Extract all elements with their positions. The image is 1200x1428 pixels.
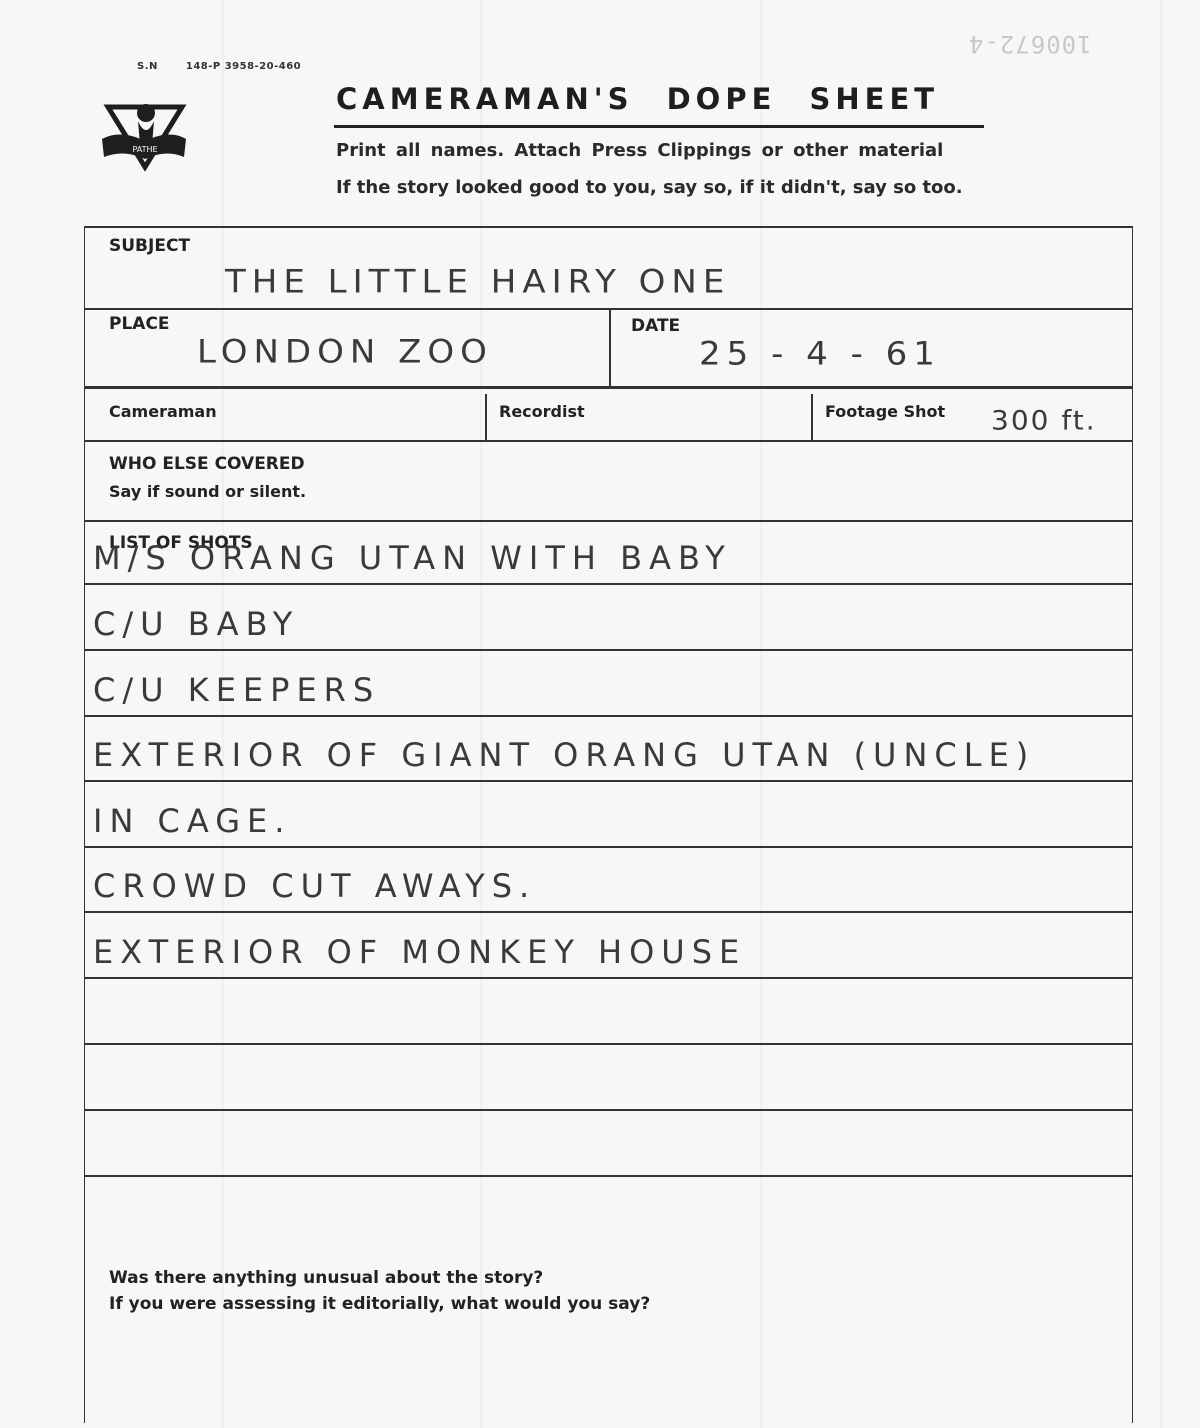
archive-stamp: 100672-4	[968, 30, 1092, 58]
ruled-line	[85, 715, 1132, 717]
who-else-covered-sublabel: Say if sound or silent.	[109, 482, 306, 501]
divider	[609, 310, 611, 386]
serial-label: S.N	[137, 61, 158, 72]
place-field[interactable]: LONDON ZOO	[197, 333, 493, 371]
date-field[interactable]: 25 - 4 - 61	[699, 335, 941, 373]
editorial-question: If you were assessing it editorially, wh…	[109, 1294, 650, 1314]
ruled-line	[85, 649, 1132, 651]
shot-line-text[interactable]: EXTERIOR OF GIANT ORANG UTAN (UNCLE)	[93, 736, 1035, 774]
ruled-line	[85, 1109, 1132, 1111]
subject-label: SUBJECT	[109, 236, 190, 256]
ruled-line	[85, 583, 1132, 585]
instruction-story-opinion: If the story looked good to you, say so,…	[336, 177, 963, 198]
serial-value: 148-P 3958-20-460	[186, 61, 301, 72]
shot-line-text[interactable]: C/U KEEPERS	[93, 671, 380, 709]
recordist-label: Recordist	[499, 402, 585, 421]
divider	[85, 386, 1132, 389]
shot-line-text[interactable]: IN CAGE.	[93, 802, 291, 840]
shot-line-text[interactable]: M/S ORANG UTAN WITH BABY	[93, 539, 732, 577]
ruled-line	[85, 780, 1132, 782]
date-label: DATE	[631, 316, 680, 336]
divider	[85, 520, 1132, 522]
unusual-question: Was there anything unusual about the sto…	[109, 1268, 543, 1288]
title-underline	[334, 125, 984, 128]
dope-sheet-form: SUBJECT THE LITTLE HAIRY ONE PLACE LONDO…	[84, 226, 1133, 1423]
svg-text:PATHE: PATHE	[132, 145, 157, 154]
serial-number: S.N148-P 3958-20-460	[137, 61, 301, 72]
ruled-line	[85, 1043, 1132, 1045]
shot-line-text[interactable]: C/U BABY	[93, 605, 299, 643]
ruled-line	[85, 846, 1132, 848]
subject-field[interactable]: THE LITTLE HAIRY ONE	[225, 263, 730, 301]
ruled-line	[85, 911, 1132, 913]
page-title: CAMERAMAN'S DOPE SHEET	[336, 82, 939, 116]
shot-line-text[interactable]: CROWD CUT AWAYS.	[93, 867, 536, 905]
divider	[811, 394, 813, 440]
divider	[85, 440, 1132, 442]
ruled-line	[85, 1175, 1132, 1177]
divider	[485, 394, 487, 440]
rooster-logo-icon: PATHE	[100, 95, 190, 175]
footage-shot-field[interactable]: 300 ft.	[991, 405, 1097, 436]
cameraman-label: Cameraman	[109, 402, 217, 421]
place-label: PLACE	[109, 314, 170, 334]
instruction-print-names: Print all names. Attach Press Clippings …	[336, 140, 943, 161]
who-else-covered-label: WHO ELSE COVERED	[109, 454, 305, 474]
shot-line-text[interactable]: EXTERIOR OF MONKEY HOUSE	[93, 933, 746, 971]
footage-shot-label: Footage Shot	[825, 402, 945, 421]
ruled-line	[85, 977, 1132, 979]
